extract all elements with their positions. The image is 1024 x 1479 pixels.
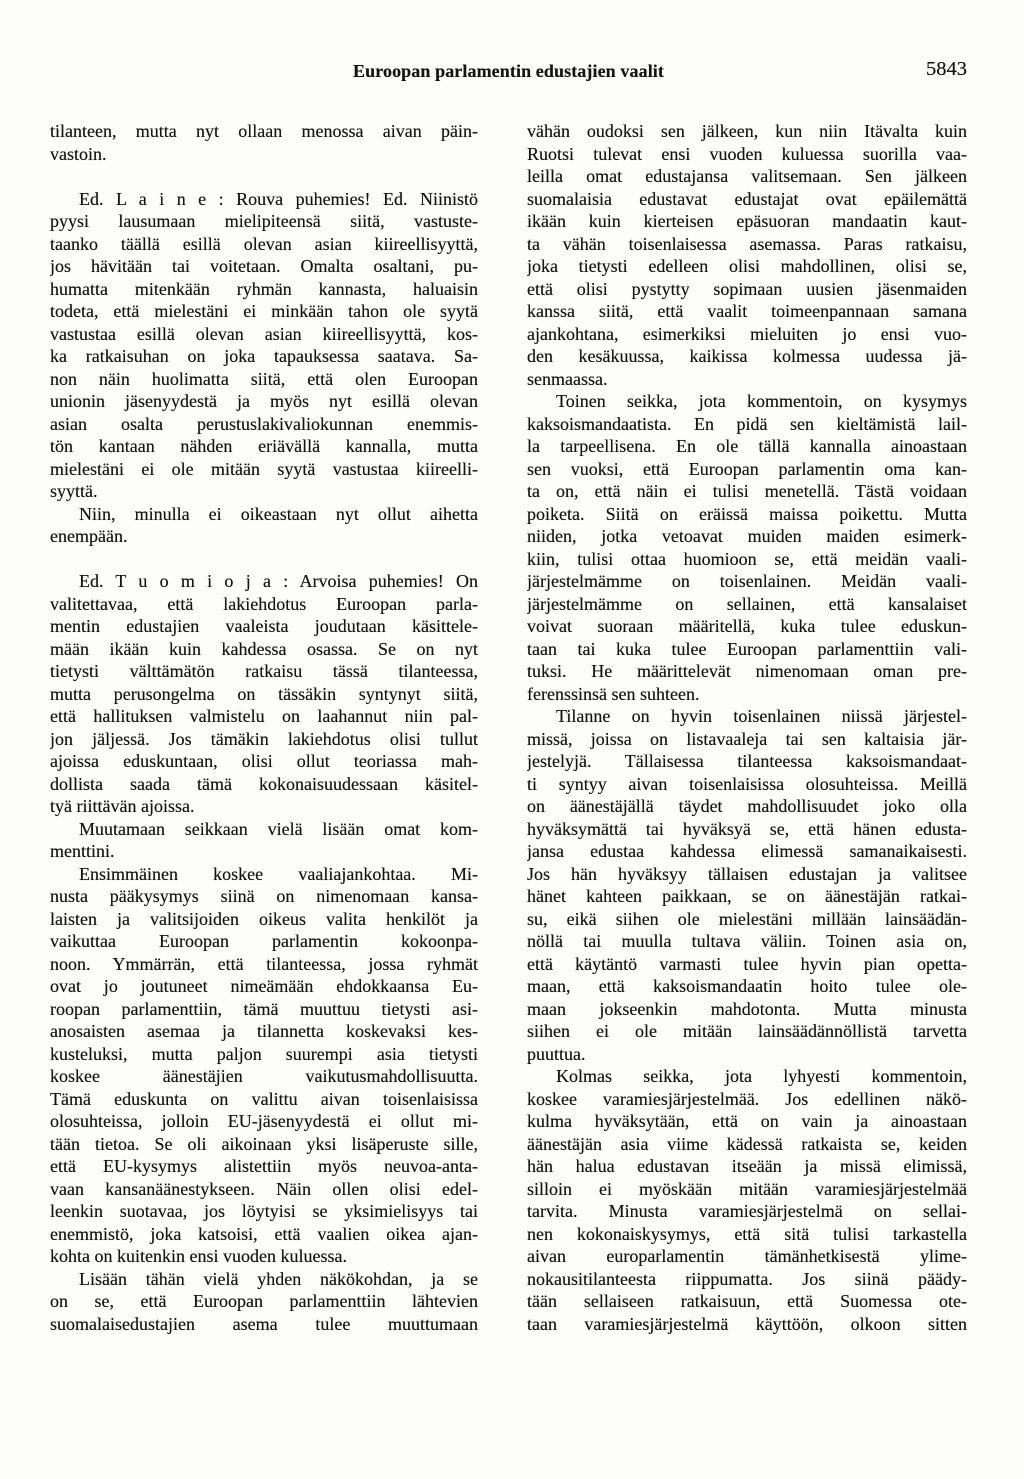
text-line: anosaisten asemaa ja tilannetta koskevak… [50, 1020, 478, 1043]
text-line: roopan parlamenttiin, tämä muuttuu tiety… [50, 998, 478, 1021]
text-line: olosuhteissa, jolloin EU-jäsenyydestä ei… [50, 1110, 478, 1133]
text-line: tään tietoa. Se oli aikoinaan yksi lisäp… [50, 1133, 478, 1156]
text-line: pyysi lausumaan mielipiteensä siitä, vas… [50, 210, 478, 233]
text-line: Jos hän hyväksyy tällaisen edustajan ja … [527, 863, 967, 886]
text-line: äänestäjän asia viime kädessä ratkaista … [527, 1133, 967, 1156]
text-line: että hallituksen valmistelu on laahannut… [50, 705, 478, 728]
text-line: Ed. L a i n e : Rouva puhemies! Ed. Niin… [50, 188, 478, 211]
text-line: ajoissa eduskuntaan, olisi ollut teorias… [50, 750, 478, 773]
text-line: unionin jäsenyydestä ja myös nyt esillä … [50, 390, 478, 413]
text-line: menttini. [50, 840, 478, 863]
paragraph: Toinen seikka, jota kommentoin, on kysym… [527, 390, 967, 705]
paragraph: Ensimmäinen koskee vaaliajankohtaa. Mi-n… [50, 863, 478, 1268]
text-line: on se, että Euroopan parlamenttiin lähte… [50, 1290, 478, 1313]
paragraph: Ed. T u o m i o j a : Arvoisa puhemies! … [50, 570, 478, 818]
text-line: tietysti välttämätön ratkaisu tässä tila… [50, 660, 478, 683]
text-line: koskee varamiesjärjestelmää. Jos edellin… [527, 1088, 967, 1111]
text-line: Tilanne on hyvin toisenlainen niissä jär… [527, 705, 967, 728]
text-line: kohta on kuitenkin ensi vuoden kuluessa. [50, 1245, 478, 1268]
text-line: enemmistö, joka katsoisi, että vaalien o… [50, 1223, 478, 1246]
left-column: tilanteen, mutta nyt ollaan menossa aiva… [50, 120, 478, 1335]
text-line: Lisään tähän vielä yhden näkökohdan, ja … [50, 1268, 478, 1291]
text-line: tön kantaan nähden eriävällä kannalla, m… [50, 435, 478, 458]
text-line: vähän oudoksi sen jälkeen, kun niin Itäv… [527, 120, 967, 143]
text-line: hän halua edustavan itseään ja missä eli… [527, 1155, 967, 1178]
text-line: Tämä eduskunta on valittu aivan toisenla… [50, 1088, 478, 1111]
text-line: Niin, minulla ei oikeastaan nyt ollut ai… [50, 503, 478, 526]
text-line: non näin huolimatta siitä, että olen Eur… [50, 368, 478, 391]
text-line: todeta, että mielestäni ei minkään tahon… [50, 300, 478, 323]
text-line: puuttua. [527, 1043, 967, 1066]
text-line: aivan europarlamentin tämänhetkisestä yl… [527, 1245, 967, 1268]
text-line: taanko täällä esillä olevan asian kiiree… [50, 233, 478, 256]
text-line: vastustaa esillä olevan asian kiireellis… [50, 323, 478, 346]
text-line: den kesäkuussa, kaikissa kolmessa uudess… [527, 345, 967, 368]
text-line: voivat suoraan määritellä, kuka tulee ed… [527, 615, 967, 638]
text-line: että käytäntö varmasti tulee hyvin pian … [527, 953, 967, 976]
text-line: sen vuoksi, että Euroopan parlamentin om… [527, 458, 967, 481]
text-line: siihen ei ole mitään lainsäädännöllistä … [527, 1020, 967, 1043]
text-line: jansa edustaa kahdessa elimessä samanaik… [527, 840, 967, 863]
paragraph-gap [50, 165, 478, 188]
text-line: tyä riittävän ajoissa. [50, 795, 478, 818]
text-line: laisten ja valitsijoiden oikeus valita h… [50, 908, 478, 931]
text-line: koskee äänestäjien vaikutusmahdollisuutt… [50, 1065, 478, 1088]
text-line: kusteluksi, mutta paljon suurempi asia t… [50, 1043, 478, 1066]
text-line: mielestäni ei ole mitään syytä vastustaa… [50, 458, 478, 481]
text-line: syyttä. [50, 480, 478, 503]
text-line: su, eikä siihen ole mielestäni millään l… [527, 908, 967, 931]
text-line: leenkin suotavaa, jos löytyisi se yksimi… [50, 1200, 478, 1223]
text-line: taan tai kuka tulee Euroopan parlamentti… [527, 638, 967, 661]
text-line: dollista saada tämä kokonaisuudessaan kä… [50, 773, 478, 796]
text-line: tään sellaiseen ratkaisuun, että Suomess… [527, 1290, 967, 1313]
text-line: kaksoismandaatista. En pidä sen kieltämi… [527, 413, 967, 436]
text-line: tarvita. Minusta varamiesjärjestelmä on … [527, 1200, 967, 1223]
paragraph-gap [50, 548, 478, 571]
text-line: ikään kuin kierteisen epäsuoran mandaati… [527, 210, 967, 233]
text-line: tuksi. He määrittelevät nimenomaan oman … [527, 660, 967, 683]
text-line: mutta perusongelma on tässäkin syntynyt … [50, 683, 478, 706]
text-line: ka ratkaisuhan on joka tapauksessa saata… [50, 345, 478, 368]
paragraph: Kolmas seikka, jota lyhyesti kommentoin,… [527, 1065, 967, 1335]
text-line: että olisi pystytty sopimaan uusien jäse… [527, 278, 967, 301]
text-line: kulma hyväksytään, että on vain ja ainoa… [527, 1110, 967, 1133]
text-line: noon. Ymmärrän, että tilanteessa, jossa … [50, 953, 478, 976]
right-column: vähän oudoksi sen jälkeen, kun niin Itäv… [527, 120, 967, 1335]
text-line: silloin ei myöskään mitään varamiesjärje… [527, 1178, 967, 1201]
text-line: nöllä tai muulla tultava väliin. Toinen … [527, 930, 967, 953]
text-line: niiden, jotka vetoavat muiden maiden esi… [527, 525, 967, 548]
text-line: ovat jo joutuneet nimeämään ehdokkaansa … [50, 975, 478, 998]
text-line: kanssa siitä, että vaalit toimeenpannaan… [527, 300, 967, 323]
text-line: senmaassa. [527, 368, 967, 391]
text-line: nen kokonaiskysymys, että sitä tulisi ta… [527, 1223, 967, 1246]
text-line: mentin edustajien vaaleista joudutaan kä… [50, 615, 478, 638]
paragraph: Ed. L a i n e : Rouva puhemies! Ed. Niin… [50, 188, 478, 503]
text-line: valitettavaa, että lakiehdotus Euroopan … [50, 593, 478, 616]
text-line: Muutamaan seikkaan vielä lisään omat kom… [50, 818, 478, 841]
text-line: järjestelmämme on sellainen, että kansal… [527, 593, 967, 616]
text-line: ti syntyy aivan toisenlaisissa olosuhtei… [527, 773, 967, 796]
text-line: suomalaisedustajien asema tulee muuttuma… [50, 1313, 478, 1336]
text-line: on äänestäjällä täydet mahdollisuudet jo… [527, 795, 967, 818]
text-line: vaan kansanäänestykseen. Näin ollen olis… [50, 1178, 478, 1201]
text-line: jestelyjä. Tällaisessa tilanteessa kakso… [527, 750, 967, 773]
paragraph: Tilanne on hyvin toisenlainen niissä jär… [527, 705, 967, 1065]
text-line: la tarpeellisena. En ole tällä kannalla … [527, 435, 967, 458]
text-line: ta vähän toisenlaisessa asemassa. Paras … [527, 233, 967, 256]
text-line: suomalaisia edustavat edustajat ovat epä… [527, 188, 967, 211]
paragraph: Lisään tähän vielä yhden näkökohdan, ja … [50, 1268, 478, 1336]
text-line: että EU-kysymys alistettiin myös neuvoa-… [50, 1155, 478, 1178]
text-line: jon jäljessä. Jos tämäkin lakiehdotus ol… [50, 728, 478, 751]
document-page: Euroopan parlamentin edustajien vaalit 5… [0, 0, 1024, 1479]
text-line: humatta mitenkään ryhmän kannasta, halua… [50, 278, 478, 301]
text-line: nokausitilanteesta riippumatta. Jos siin… [527, 1268, 967, 1291]
text-line: jos hävitään tai voitetaan. Omalta osalt… [50, 255, 478, 278]
text-line: maan, että kaksoismandaatin hoito tulee … [527, 975, 967, 998]
text-line: leilla omat edustajansa valitsemaan. Sen… [527, 165, 967, 188]
text-line: Ed. T u o m i o j a : Arvoisa puhemies! … [50, 570, 478, 593]
paragraph: Niin, minulla ei oikeastaan nyt ollut ai… [50, 503, 478, 548]
text-line: Toinen seikka, jota kommentoin, on kysym… [527, 390, 967, 413]
text-line: järjestelmämme on toisenlainen. Meidän v… [527, 570, 967, 593]
text-line: enempään. [50, 525, 478, 548]
page-header: Euroopan parlamentin edustajien vaalit 5… [50, 58, 967, 84]
text-line: hänet kahteen paikkaan, se on äänestäjän… [527, 885, 967, 908]
text-line: taan varamiesjärjestelmä käyttöön, olkoo… [527, 1313, 967, 1336]
paragraph: tilanteen, mutta nyt ollaan menossa aiva… [50, 120, 478, 165]
paragraph: Muutamaan seikkaan vielä lisään omat kom… [50, 818, 478, 863]
text-line: tilanteen, mutta nyt ollaan menossa aiva… [50, 120, 478, 143]
text-line: nusta pääkysymys siinä on nimenomaan kan… [50, 885, 478, 908]
page-title: Euroopan parlamentin edustajien vaalit [50, 61, 967, 82]
text-line: vaikuttaa Euroopan parlamentin kokoonpa- [50, 930, 478, 953]
text-line: ferenssinsä sen suhteen. [527, 683, 967, 706]
page-number: 5843 [926, 58, 967, 81]
text-line: Ruotsi tulevat ensi vuoden kuluessa suor… [527, 143, 967, 166]
text-line: Kolmas seikka, jota lyhyesti kommentoin, [527, 1065, 967, 1088]
text-line: kiin, tulisi ottaa huomioon se, että mei… [527, 548, 967, 571]
text-line: ajankohtana, esimerkiksi mieluiten jo en… [527, 323, 967, 346]
text-line: joka tietysti edelleen olisi mahdollinen… [527, 255, 967, 278]
text-line: vastoin. [50, 143, 478, 166]
text-line: missä, joissa on listavaaleja tai sen ka… [527, 728, 967, 751]
text-line: maan jokseenkin mahdotonta. Mutta minust… [527, 998, 967, 1021]
text-line: Ensimmäinen koskee vaaliajankohtaa. Mi- [50, 863, 478, 886]
text-line: poiketa. Siitä on eräissä maissa poikett… [527, 503, 967, 526]
text-line: ta on, että näin ei tulisi menetellä. Tä… [527, 480, 967, 503]
text-columns: tilanteen, mutta nyt ollaan menossa aiva… [50, 120, 967, 1335]
paragraph: vähän oudoksi sen jälkeen, kun niin Itäv… [527, 120, 967, 390]
text-line: asian osalta perustuslakivaliokunnan ene… [50, 413, 478, 436]
text-line: hyväksymättä tai hyväksyä se, että hänen… [527, 818, 967, 841]
text-line: mään ikään kuin kahdessa osassa. Se on n… [50, 638, 478, 661]
